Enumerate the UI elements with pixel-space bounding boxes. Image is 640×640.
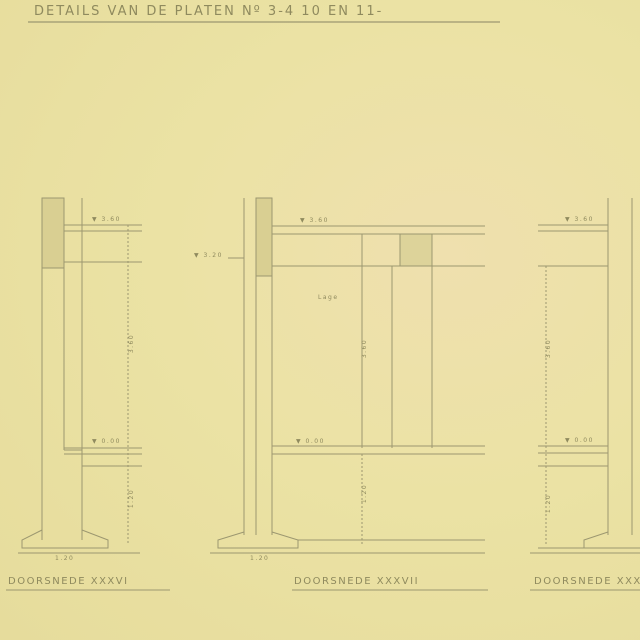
detail-2-dim-lower: 1.20	[361, 484, 368, 503]
detail-3-level-top: ▼ 3.60	[565, 216, 594, 223]
detail-2-label: DOORSNEDE XXXVII	[294, 576, 419, 587]
detail-1-section	[18, 198, 142, 553]
detail-1-level-top: ▼ 3.60	[92, 216, 121, 223]
detail-2-level-floor: ▼ 0.00	[296, 438, 325, 445]
detail-2-section	[210, 198, 485, 553]
detail-3-label: DOORSNEDE XXXVIII	[534, 576, 640, 587]
detail-3-dim-height: 3.60	[545, 339, 552, 358]
technical-drawing	[0, 0, 640, 640]
detail-1-level-floor: ▼ 0.00	[92, 438, 121, 445]
detail-2-dim-height: 3.60	[361, 339, 368, 358]
detail-2-level-side: ▼ 3.20	[194, 252, 223, 259]
drawing-sheet: DETAILS VAN DE PLATEN Nº 3-4 10 EN 11-	[0, 0, 640, 640]
detail-3-dim-lower: 1.20	[545, 494, 552, 513]
detail-1-dim-width: 1.20	[55, 555, 74, 562]
detail-1-dim-lower: 1.20	[128, 489, 135, 508]
detail-2-dim-span: Lage	[318, 294, 339, 301]
detail-1-dim-height: 3.60	[128, 334, 135, 353]
detail-1-label: DOORSNEDE XXXVI	[8, 576, 129, 587]
detail-2-dim-width: 1.20	[250, 555, 269, 562]
detail-2-level-top: ▼ 3.60	[300, 217, 329, 224]
detail-3-level-floor: ▼ 0.00	[565, 437, 594, 444]
